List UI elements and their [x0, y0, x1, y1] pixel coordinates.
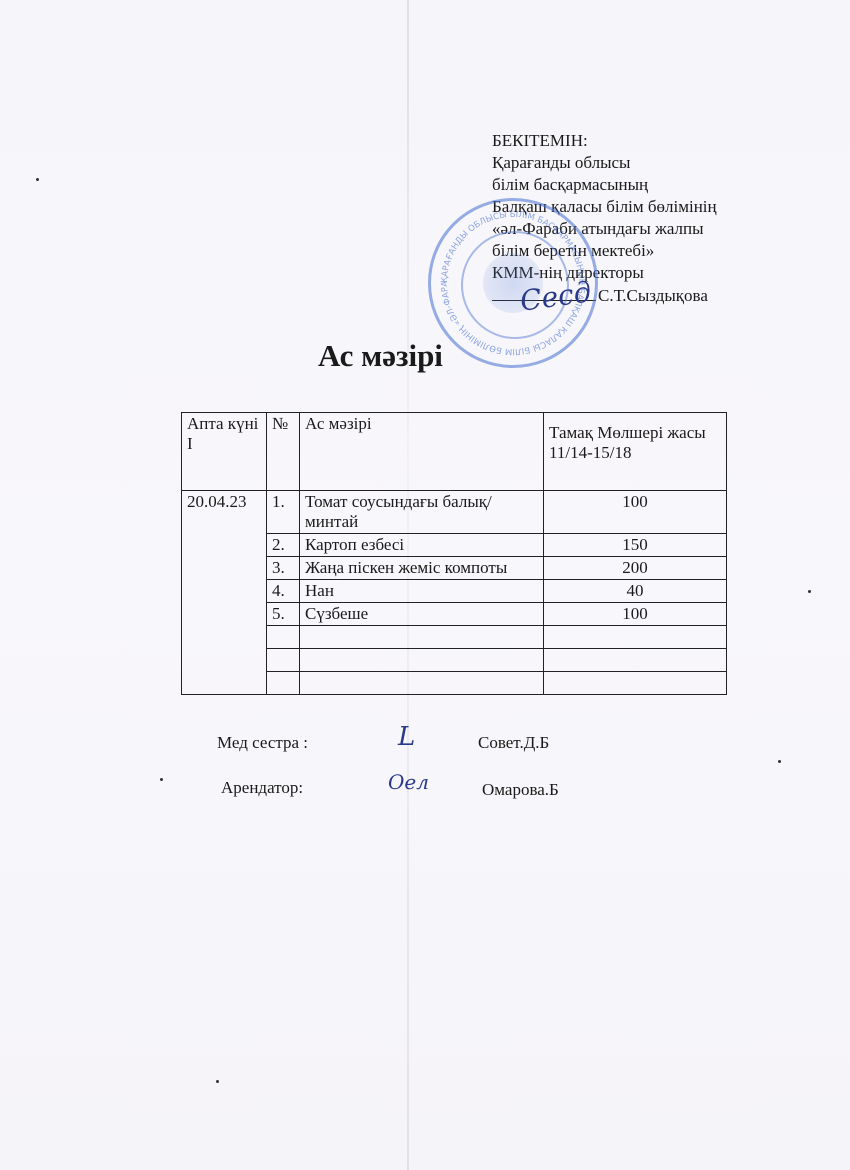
- empty-cell: [267, 672, 300, 695]
- tenant-role: Арендатор:: [221, 778, 303, 798]
- nurse-role: Мед сестра :: [217, 733, 308, 753]
- tenant-name: Омарова.Б: [482, 780, 559, 800]
- table-row: 20.04.231.Томат соусындағы балық/минтай1…: [182, 491, 727, 534]
- dish-name: Жаңа піскен жеміс компоты: [300, 557, 544, 580]
- header-day: Апта күні І: [182, 413, 267, 491]
- approval-line: Қарағанды облысы: [492, 152, 717, 174]
- scan-speck: [160, 778, 163, 781]
- tenant-signature: Оел: [388, 770, 429, 794]
- item-number: 2.: [267, 534, 300, 557]
- scan-speck: [778, 760, 781, 763]
- empty-cell: [300, 626, 544, 649]
- item-number: 3.: [267, 557, 300, 580]
- scan-speck: [216, 1080, 219, 1083]
- empty-cell: [267, 649, 300, 672]
- dish-name: Сүзбеше: [300, 603, 544, 626]
- header-dish: Ас мәзірі: [300, 413, 544, 491]
- item-number: 5.: [267, 603, 300, 626]
- quantity: 100: [544, 491, 727, 534]
- dish-name: Нан: [300, 580, 544, 603]
- empty-cell: [300, 672, 544, 695]
- dish-name: Картоп езбесі: [300, 534, 544, 557]
- date-cell: 20.04.23: [182, 491, 267, 695]
- nurse-signature: L: [398, 722, 415, 752]
- quantity: 150: [544, 534, 727, 557]
- item-number: 4.: [267, 580, 300, 603]
- director-name: С.Т.Сыздықова: [598, 286, 708, 305]
- menu-table: Апта күні І № Ас мәзірі Тамақ Мөлшері жа…: [181, 412, 727, 695]
- quantity: 40: [544, 580, 727, 603]
- item-number: 1.: [267, 491, 300, 534]
- approval-line: БЕКІТЕМІН:: [492, 130, 717, 152]
- empty-cell: [544, 649, 727, 672]
- page-title: Ас мәзірі: [318, 338, 443, 374]
- empty-cell: [267, 626, 300, 649]
- quantity: 100: [544, 603, 727, 626]
- header-quantity: Тамақ Мөлшері жасы 11/14-15/18: [544, 413, 727, 491]
- scan-speck: [808, 590, 811, 593]
- empty-cell: [544, 672, 727, 695]
- table-header-row: Апта күні І № Ас мәзірі Тамақ Мөлшері жа…: [182, 413, 727, 491]
- nurse-name: Совет.Д.Б: [478, 733, 549, 753]
- dish-name: Томат соусындағы балық/минтай: [300, 491, 544, 534]
- header-number: №: [267, 413, 300, 491]
- empty-cell: [300, 649, 544, 672]
- quantity: 200: [544, 557, 727, 580]
- approval-line: білім басқармасының: [492, 174, 717, 196]
- scan-speck: [36, 178, 39, 181]
- empty-cell: [544, 626, 727, 649]
